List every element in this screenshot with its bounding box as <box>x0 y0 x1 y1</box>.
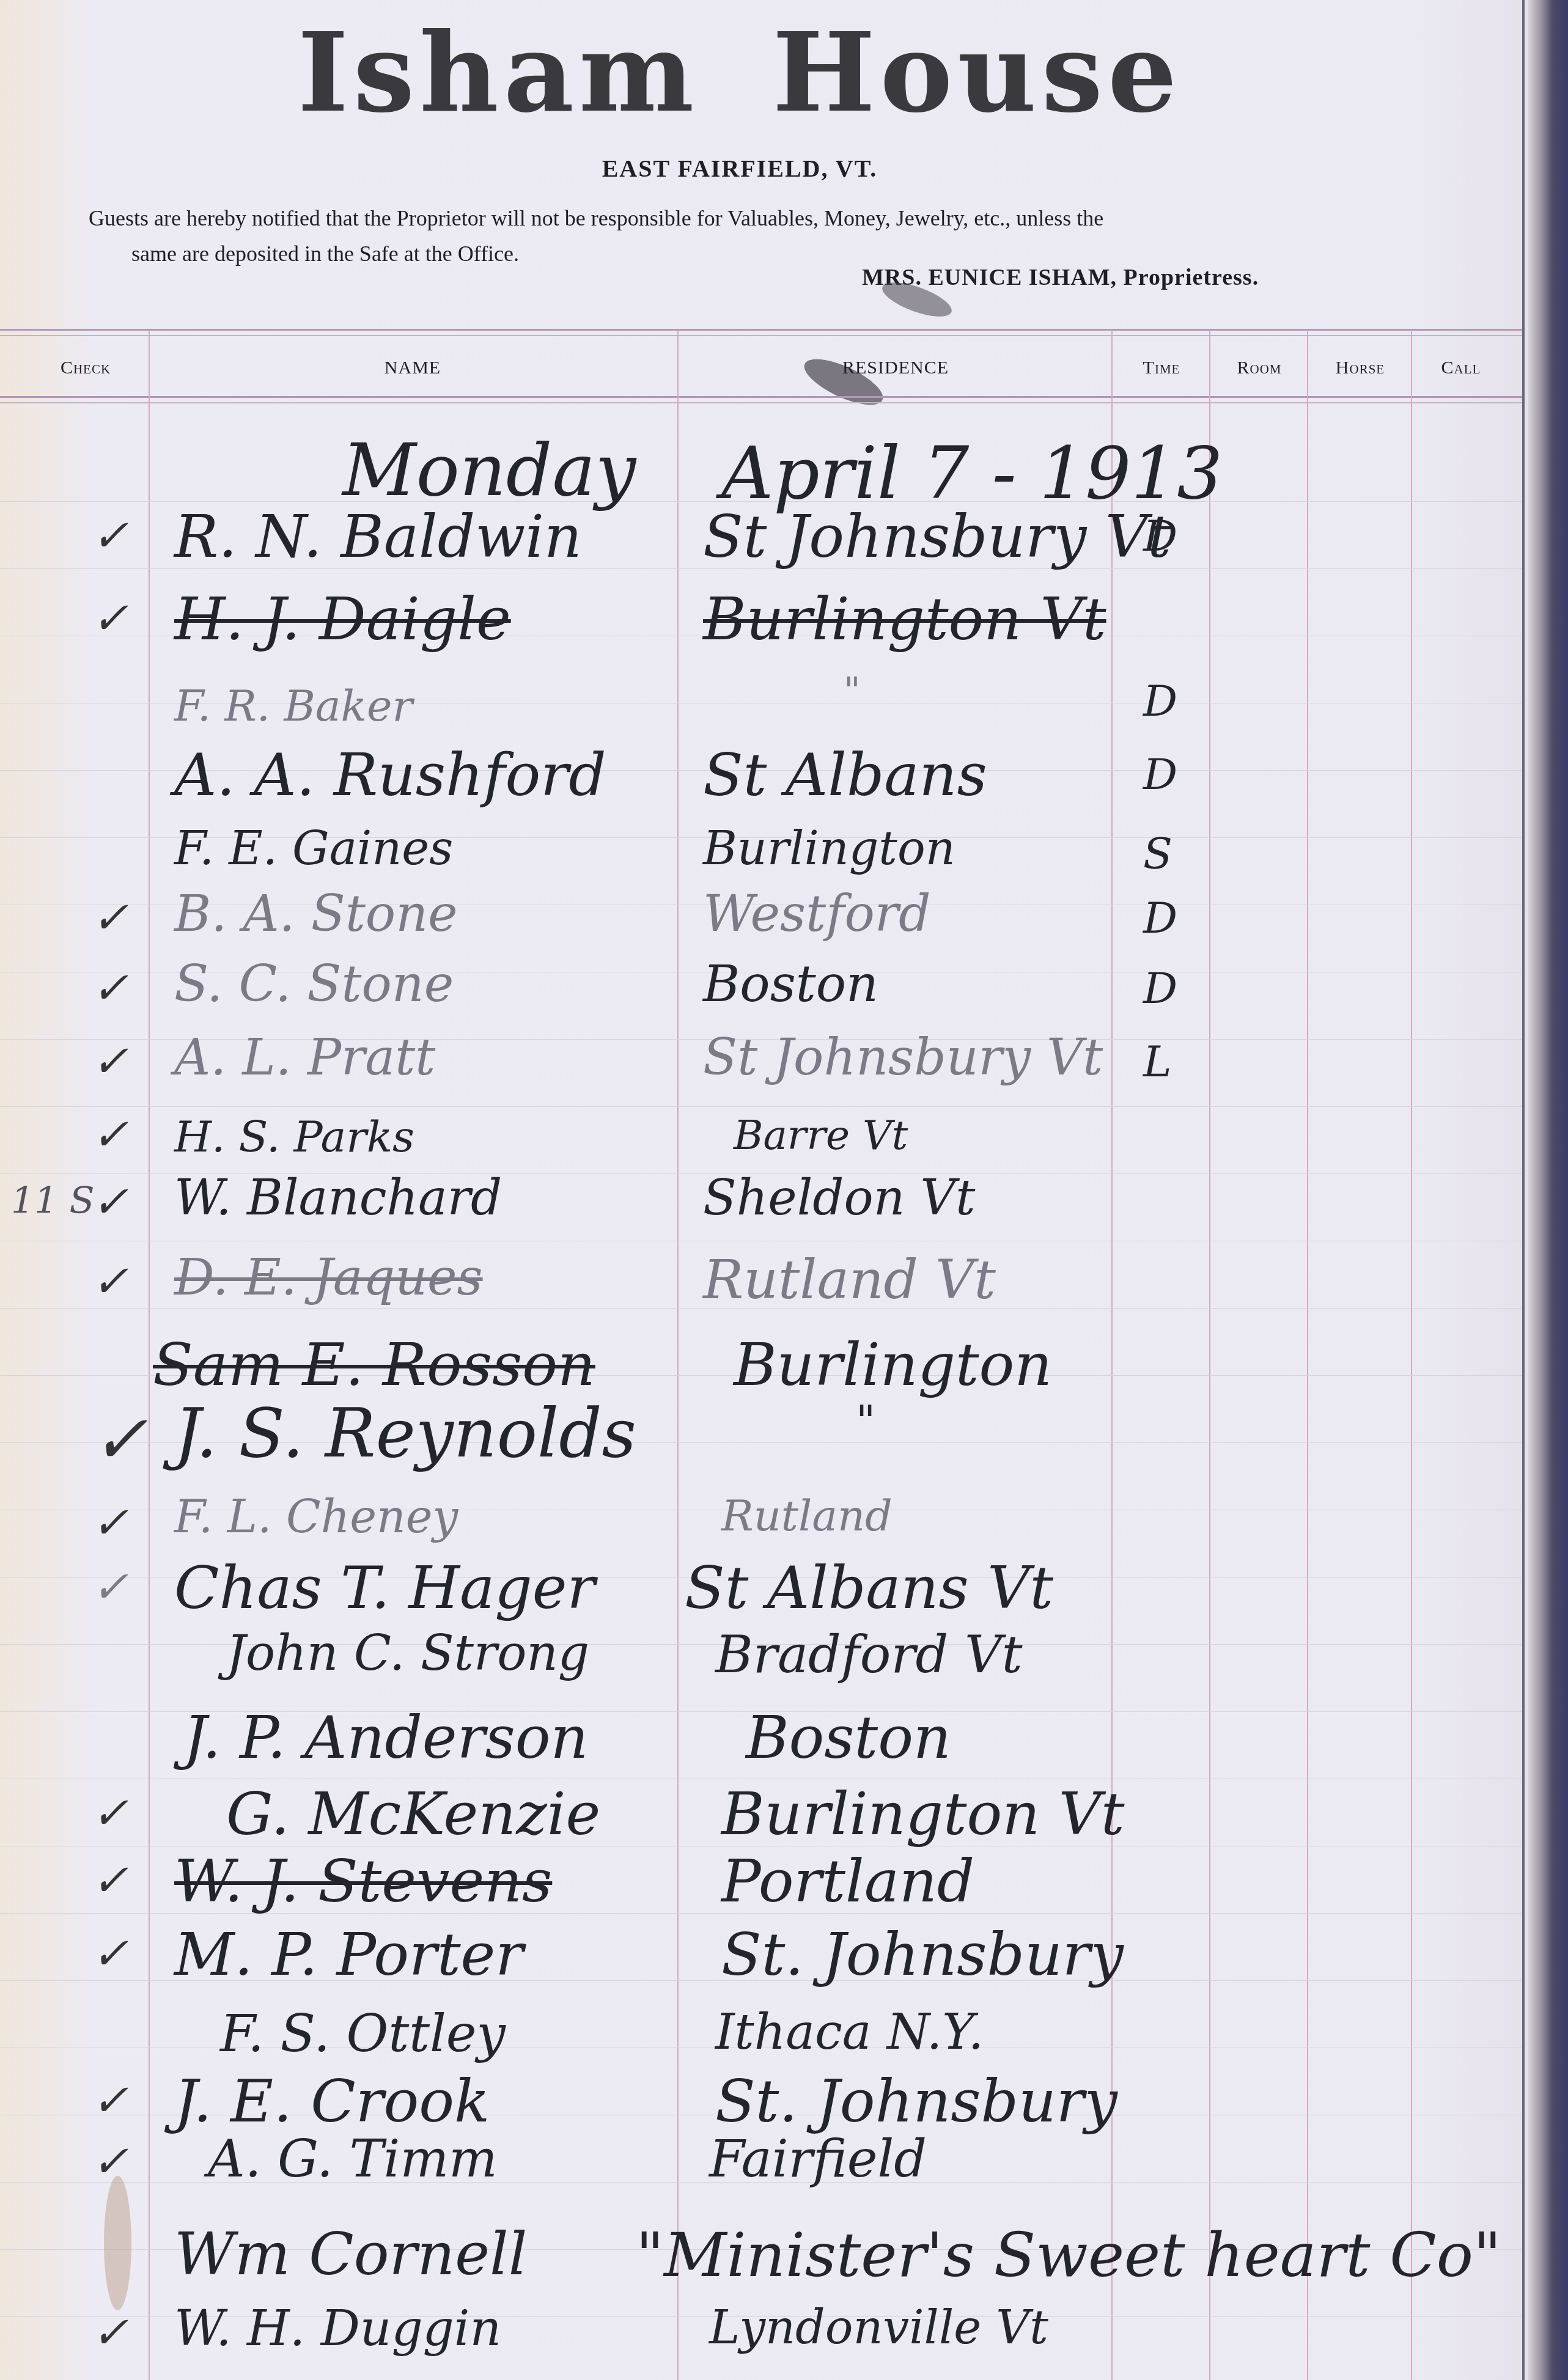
column-header-check: Check <box>24 358 147 378</box>
row-rule <box>0 1241 1522 1241</box>
guest-name: Wm Cornell <box>174 2225 527 2283</box>
column-header-name: NAME <box>150 358 675 378</box>
register-row: ✓ H. S. Parks Barre Vt <box>0 1106 1522 1173</box>
check-mark: ✓ <box>92 1565 128 1609</box>
guest-name: John C. Strong <box>226 1629 589 1678</box>
register-row: 11 S ✓ W. Blanchard Sheldon Vt <box>0 1173 1522 1241</box>
title-word-isham: Isham <box>298 9 699 136</box>
column-header-residence: RESIDENCE <box>679 358 1113 378</box>
register-row: ✓ G. McKenzie Burlington Vt <box>0 1785 1522 1852</box>
margin-note: 11 S <box>11 1183 95 1219</box>
guest-residence: Rutland Vt <box>703 1253 996 1307</box>
time-mark: D <box>1143 897 1177 939</box>
time-mark: L <box>1143 1040 1171 1083</box>
check-mark: ✓ <box>92 1500 128 1544</box>
register-row: ✓ S. C. Stone Boston D <box>0 960 1522 1027</box>
guest-residence: "Minister's Sweet heart Co" <box>636 2225 1501 2286</box>
check-mark: ✓ <box>92 1259 128 1303</box>
column-header-room: Room <box>1210 358 1308 378</box>
guest-residence: Burlington Vt <box>703 590 1106 648</box>
guest-name: H. S. Parks <box>174 1115 414 1158</box>
register-page: IshamHouse EAST FAIRFIELD, VT. Guests ar… <box>0 0 1528 2380</box>
guest-residence: Ithaca N.Y. <box>715 2008 984 2057</box>
register-row: A. A. Rushford St Albans D <box>0 746 1522 813</box>
guest-name: B. A. Stone <box>174 889 458 939</box>
guest-residence: St Johnsbury Vt <box>703 1033 1103 1083</box>
register-row: ✓ W. H. Duggin Lyndonville Vt <box>0 2304 1522 2371</box>
guest-name: J. S. Reynolds <box>174 1400 636 1467</box>
guest-residence: Barre Vt <box>734 1115 908 1156</box>
check-mark: ✓ <box>92 1039 128 1083</box>
guest-residence: Portland <box>721 1852 974 1911</box>
time-mark: D <box>1143 680 1177 722</box>
check-mark: ✓ <box>92 895 128 939</box>
guest-residence: Westford <box>703 889 931 939</box>
register-row: ✓ J. S. Reynolds " <box>0 1400 1522 1467</box>
check-mark: ✓ <box>92 513 128 557</box>
check-mark: ✓ <box>92 2078 128 2122</box>
hotel-location: EAST FAIRFIELD, VT. <box>0 154 1479 183</box>
guest-name: G. McKenzie <box>226 1785 600 1843</box>
guest-name: A. L. Pratt <box>174 1033 435 1083</box>
page-edge <box>1522 0 1525 2380</box>
guest-residence: Fairfield <box>709 2133 927 2184</box>
check-mark: ✓ <box>92 966 128 1010</box>
hotel-title: IshamHouse <box>0 18 1479 127</box>
register-row: J. P. Anderson Boston <box>0 1708 1522 1776</box>
register-row: ✓ B. A. Stone Westford D <box>0 889 1522 957</box>
guest-name: F. E. Gaines <box>174 825 453 872</box>
time-mark: D <box>1143 515 1177 557</box>
check-mark: ✓ <box>92 1406 148 1473</box>
column-header-call: Call <box>1412 358 1510 378</box>
register-row: ✓ D. E. Jaques Rutland Vt <box>0 1253 1522 1320</box>
register-row: ✓ F. L. Cheney Rutland <box>0 1494 1522 1562</box>
register-row: Sam E. Rosson Burlington <box>0 1335 1522 1403</box>
valuables-notice: Guests are hereby notified that the Prop… <box>89 200 1415 271</box>
guest-name: R. N. Baldwin <box>174 507 582 566</box>
header-top-rule <box>0 329 1522 331</box>
register-row: Wm Cornell "Minister's Sweet heart Co" <box>0 2225 1522 2292</box>
header-top-rule-inner <box>0 335 1522 336</box>
column-header-time: Time <box>1113 358 1210 378</box>
guest-residence: St Albans Vt <box>685 1559 1053 1617</box>
register-row: ✓ M. P. Porter St. Johnsbury <box>0 1925 1522 1993</box>
time-mark: D <box>1143 753 1177 796</box>
check-mark: ✓ <box>92 1180 128 1224</box>
guest-residence: St. Johnsbury <box>721 1925 1124 1984</box>
notice-line-1: Guests are hereby notified that the Prop… <box>89 206 1103 230</box>
register-row: ✓ A. G. Timm Fairfield <box>0 2133 1522 2200</box>
title-word-house: House <box>772 9 1182 136</box>
guest-residence: Bradford Vt <box>715 1629 1022 1680</box>
guest-name: W. H. Duggin <box>174 2304 501 2353</box>
guest-residence: Burlington <box>734 1335 1052 1394</box>
register-row: ✓ Chas T. Hager St Albans Vt <box>0 1559 1522 1626</box>
register-row: ✓ W. J. Stevens Portland <box>0 1852 1522 1919</box>
guest-name: F. R. Baker <box>174 685 413 727</box>
guest-name: Sam E. Rosson <box>153 1335 595 1394</box>
guest-name: Chas T. Hager <box>174 1559 595 1617</box>
guest-name: H. J. Daigle <box>174 590 511 648</box>
register-row: ✓ H. J. Daigle Burlington Vt <box>0 590 1522 657</box>
register-row: F. E. Gaines Burlington S <box>0 825 1522 892</box>
guest-name: W. J. Stevens <box>174 1852 552 1911</box>
guest-residence: Burlington <box>703 825 955 872</box>
guest-name: W. Blanchard <box>174 1173 502 1222</box>
guest-name: F. L. Cheney <box>174 1494 458 1540</box>
guest-residence: Rutland <box>721 1494 893 1537</box>
guest-residence: St Johnsbury Vt <box>703 507 1171 566</box>
water-stain <box>104 2176 131 2310</box>
date-heading-date: April 7 - 1913 <box>721 437 1223 509</box>
check-mark: ✓ <box>92 2310 128 2354</box>
book-binding <box>1528 0 1568 2380</box>
register-row: ✓ A. L. Pratt St Johnsbury Vt L <box>0 1033 1522 1100</box>
time-mark: S <box>1143 832 1172 875</box>
column-header-horse: Horse <box>1308 358 1412 378</box>
guest-name: M. P. Porter <box>174 1925 523 1984</box>
guest-residence: " <box>844 672 861 709</box>
guest-name: J. P. Anderson <box>183 1708 588 1767</box>
check-mark: ✓ <box>92 1858 128 1902</box>
guest-residence: Sheldon Vt <box>703 1173 976 1222</box>
guest-residence: " <box>856 1400 875 1442</box>
guest-residence: St Albans <box>703 746 987 804</box>
header-bottom-rule <box>0 396 1522 398</box>
guest-name: A. G. Timm <box>208 2133 498 2184</box>
proprietress-signature-line: MRS. EUNICE ISHAM, Proprietress. <box>862 264 1259 291</box>
guest-name: D. E. Jaques <box>174 1253 483 1303</box>
check-mark: ✓ <box>92 1112 128 1156</box>
guest-name: A. A. Rushford <box>174 746 606 804</box>
time-mark: D <box>1143 967 1177 1010</box>
row-rule <box>0 1779 1522 1779</box>
check-mark: ✓ <box>92 1791 128 1835</box>
guest-residence: St. Johnsbury <box>715 2072 1117 2131</box>
register-row: ✓ R. N. Baldwin St Johnsbury Vt D <box>0 507 1522 575</box>
guest-name: J. E. Crook <box>174 2072 490 2131</box>
guest-residence: Boston <box>746 1708 951 1767</box>
check-mark: ✓ <box>92 1931 128 1975</box>
guest-residence: Boston <box>703 960 878 1010</box>
guest-residence: Burlington Vt <box>721 1785 1125 1843</box>
guest-residence: Lyndonville Vt <box>709 2304 1048 2351</box>
register-row: F. R. Baker " D <box>0 672 1522 740</box>
check-mark: ✓ <box>92 2139 128 2183</box>
header-bottom-rule-inner <box>0 402 1522 403</box>
date-heading-day: Monday <box>342 434 636 506</box>
guest-name: S. C. Stone <box>174 960 454 1010</box>
register-row: John C. Strong Bradford Vt <box>0 1629 1522 1696</box>
guest-name: F. S. Ottley <box>220 2008 506 2059</box>
check-mark: ✓ <box>92 596 128 640</box>
register-row: F. S. Ottley Ithaca N.Y. <box>0 2008 1522 2075</box>
